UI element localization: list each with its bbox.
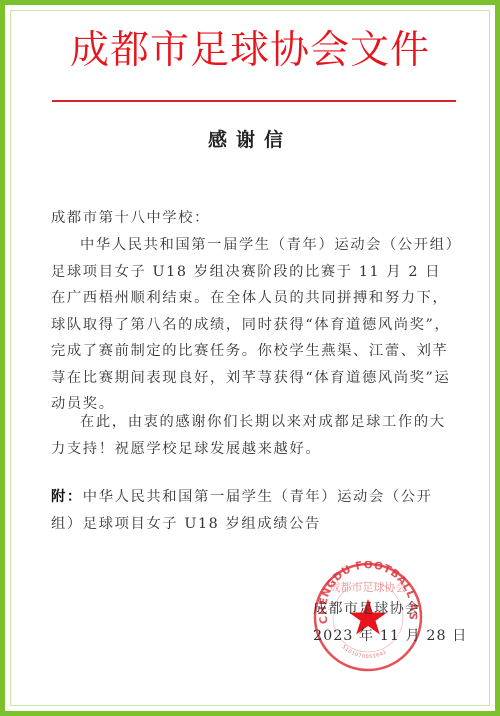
letter-title: 感谢信 bbox=[0, 128, 500, 152]
letter-paragraph-1: 中华人民共和国第一届学生（青年）运动会（公开组）足球项目女子 U18 岁组决赛阶… bbox=[51, 232, 456, 418]
signature-organization: 成都市足球协会 bbox=[313, 596, 467, 623]
signature-block: 成都市足球协会 2023 年 11 月 28 日 bbox=[313, 596, 467, 650]
attachment-label: 附： bbox=[51, 489, 83, 505]
attachment-text: 中华人民共和国第一届学生（青年）运动会（公开组）足球项目女子 U18 岁组成绩公… bbox=[51, 489, 433, 532]
letter-paragraph-2: 在此，由衷的感谢你们长期以来对成都足球工作的大力支持！祝愿学校足球发展越来越好。 bbox=[51, 409, 456, 462]
document-header-title: 成都市足球协会文件 bbox=[0, 26, 500, 76]
letter-salutation: 成都市第十八中学校： bbox=[51, 205, 456, 232]
header-divider bbox=[52, 100, 456, 102]
attachment-note: 附：中华人民共和国第一届学生（青年）运动会（公开组）足球项目女子 U18 岁组成… bbox=[51, 484, 456, 537]
signature-date: 2023 年 11 月 28 日 bbox=[313, 623, 467, 650]
seal-inner-text: 成都市足球协会 bbox=[330, 580, 407, 594]
